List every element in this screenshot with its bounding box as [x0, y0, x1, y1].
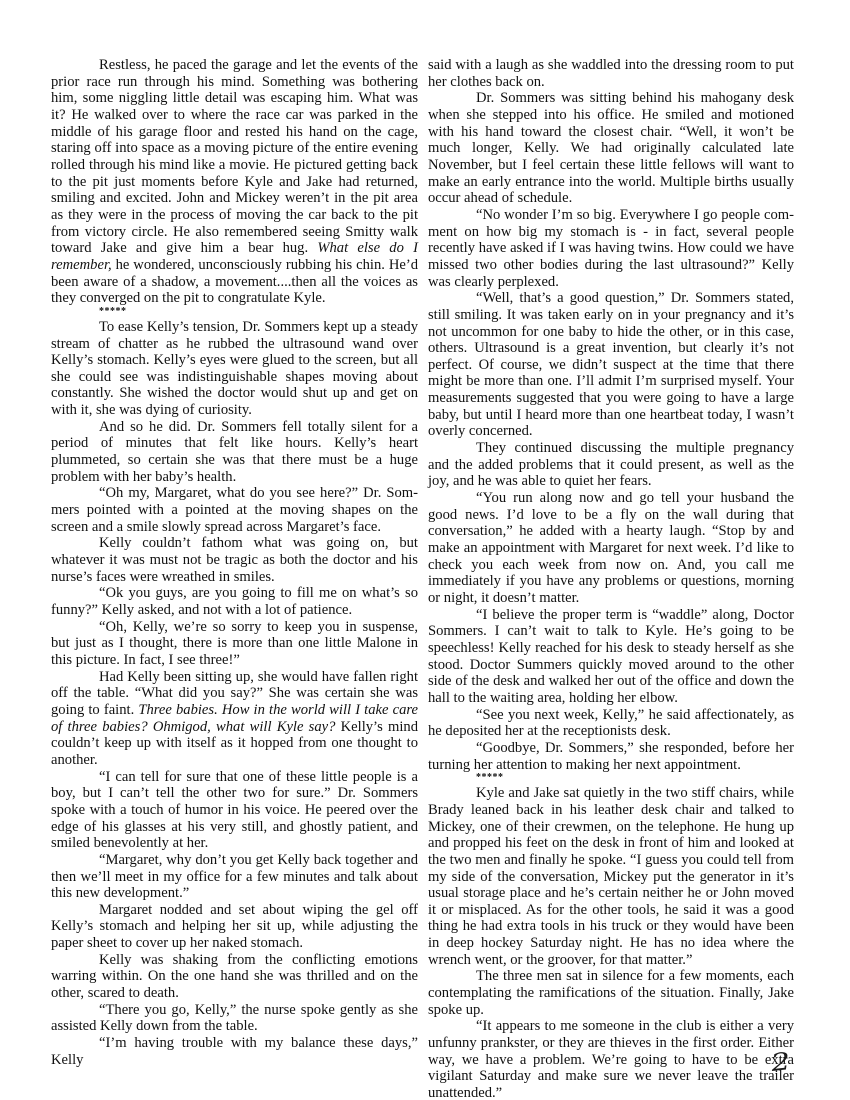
paragraph: Margaret nodded and set about wiping the… — [51, 902, 418, 952]
section-separator: ***** — [51, 306, 418, 318]
paragraph-text: “Goodbye, Dr. Sommers,” she responded, b… — [428, 740, 794, 773]
paragraph: “Margaret, why don’t you get Kelly back … — [51, 852, 418, 902]
paragraph: “Goodbye, Dr. Sommers,” she responded, b… — [428, 740, 794, 773]
paragraph: “See you next week, Kelly,” he said affe… — [428, 707, 794, 740]
paragraph: Kelly was shaking from the conflicting e… — [51, 952, 418, 1002]
paragraph-text: “No wonder I’m so big. Everywhere I go p… — [428, 207, 794, 290]
paragraph: Kyle and Jake sat quietly in the two sti… — [428, 785, 794, 968]
paragraph-text: “Well, that’s a good question,” Dr. Somm… — [428, 290, 794, 439]
paragraph-text: “See you next week, Kelly,” he said affe… — [428, 707, 794, 740]
left-column: Restless, he paced the garage and let th… — [51, 57, 418, 1068]
paragraph: Kelly couldn’t fathom what was going on,… — [51, 535, 418, 585]
paragraph: “I can tell for sure that one of these l… — [51, 769, 418, 852]
paragraph-text: Margaret nodded and set about wiping the… — [51, 902, 418, 951]
paragraph-text: Kyle and Jake sat quietly in the two sti… — [428, 785, 794, 968]
paragraph: To ease Kelly’s tension, Dr. Sommers kep… — [51, 319, 418, 419]
paragraph: “It appears to me someone in the club is… — [428, 1018, 794, 1100]
paragraph: “I believe the proper term is “waddle” a… — [428, 607, 794, 707]
paragraph: “Oh, Kelly, we’re so sorry to keep you i… — [51, 619, 418, 669]
paragraph: They continued discussing the multiple p… — [428, 440, 794, 490]
paragraph-text: “Oh, Kelly, we’re so sorry to keep you i… — [51, 619, 418, 668]
paragraph-text: To ease Kelly’s tension, Dr. Sommers kep… — [51, 319, 418, 418]
paragraph-text: “Margaret, why don’t you get Kelly back … — [51, 852, 418, 901]
section-separator: ***** — [428, 772, 794, 784]
paragraph: “There you go, Kelly,” the nurse spoke g… — [51, 1002, 418, 1035]
paragraph-text: Kelly couldn’t fathom what was going on,… — [51, 535, 418, 584]
paragraph: “Well, that’s a good question,” Dr. Somm… — [428, 290, 794, 440]
paragraph: Dr. Sommers was sitting behind his mahog… — [428, 90, 794, 207]
paragraph-text: “I believe the proper term is “waddle” a… — [428, 607, 794, 706]
paragraph-text: “I’m having trouble with my balance thes… — [51, 1035, 418, 1068]
paragraph-text: Kelly was shaking from the conflicting e… — [51, 952, 418, 1001]
paragraph: And so he did. Dr. Sommers fell totally … — [51, 419, 418, 486]
paragraph-text: Restless, he paced the garage and let th… — [51, 57, 418, 256]
paragraph: said with a laugh as she waddled into th… — [428, 57, 794, 90]
paragraph-text: “I can tell for sure that one of these l… — [51, 769, 418, 852]
document-page: Restless, he paced the garage and let th… — [0, 0, 850, 1100]
paragraph: “Ok you guys, are you going to fill me o… — [51, 585, 418, 618]
paragraph-text: “There you go, Kelly,” the nurse spoke g… — [51, 1002, 418, 1035]
paragraph: “Oh my, Margaret, what do you see here?”… — [51, 485, 418, 535]
paragraph-text: Dr. Sommers was sitting behind his mahog… — [428, 90, 794, 206]
paragraph-text: “It appears to me someone in the club is… — [428, 1018, 794, 1100]
paragraph: “No wonder I’m so big. Everywhere I go p… — [428, 207, 794, 290]
paragraph-text: “You run along now and go tell your husb… — [428, 490, 794, 606]
right-column: said with a laugh as she waddled into th… — [428, 57, 794, 1100]
paragraph: Restless, he paced the garage and let th… — [51, 57, 418, 307]
paragraph-text: said with a laugh as she waddled into th… — [428, 57, 794, 90]
paragraph-text: “Oh my, Margaret, what do you see here?”… — [51, 485, 418, 534]
paragraph: Had Kelly been sitting up, she would hav… — [51, 669, 418, 769]
paragraph: “I’m having trouble with my balance thes… — [51, 1035, 418, 1068]
paragraph: “You run along now and go tell your husb… — [428, 490, 794, 607]
paragraph-text: “Ok you guys, are you going to fill me o… — [51, 585, 418, 618]
paragraph-text: The three men sat in silence for a few m… — [428, 968, 794, 1017]
paragraph: The three men sat in silence for a few m… — [428, 968, 794, 1018]
handwritten-page-number: 2 — [770, 1047, 792, 1077]
paragraph-text: They continued discussing the multiple p… — [428, 440, 794, 489]
paragraph-text: And so he did. Dr. Sommers fell totally … — [51, 419, 418, 485]
